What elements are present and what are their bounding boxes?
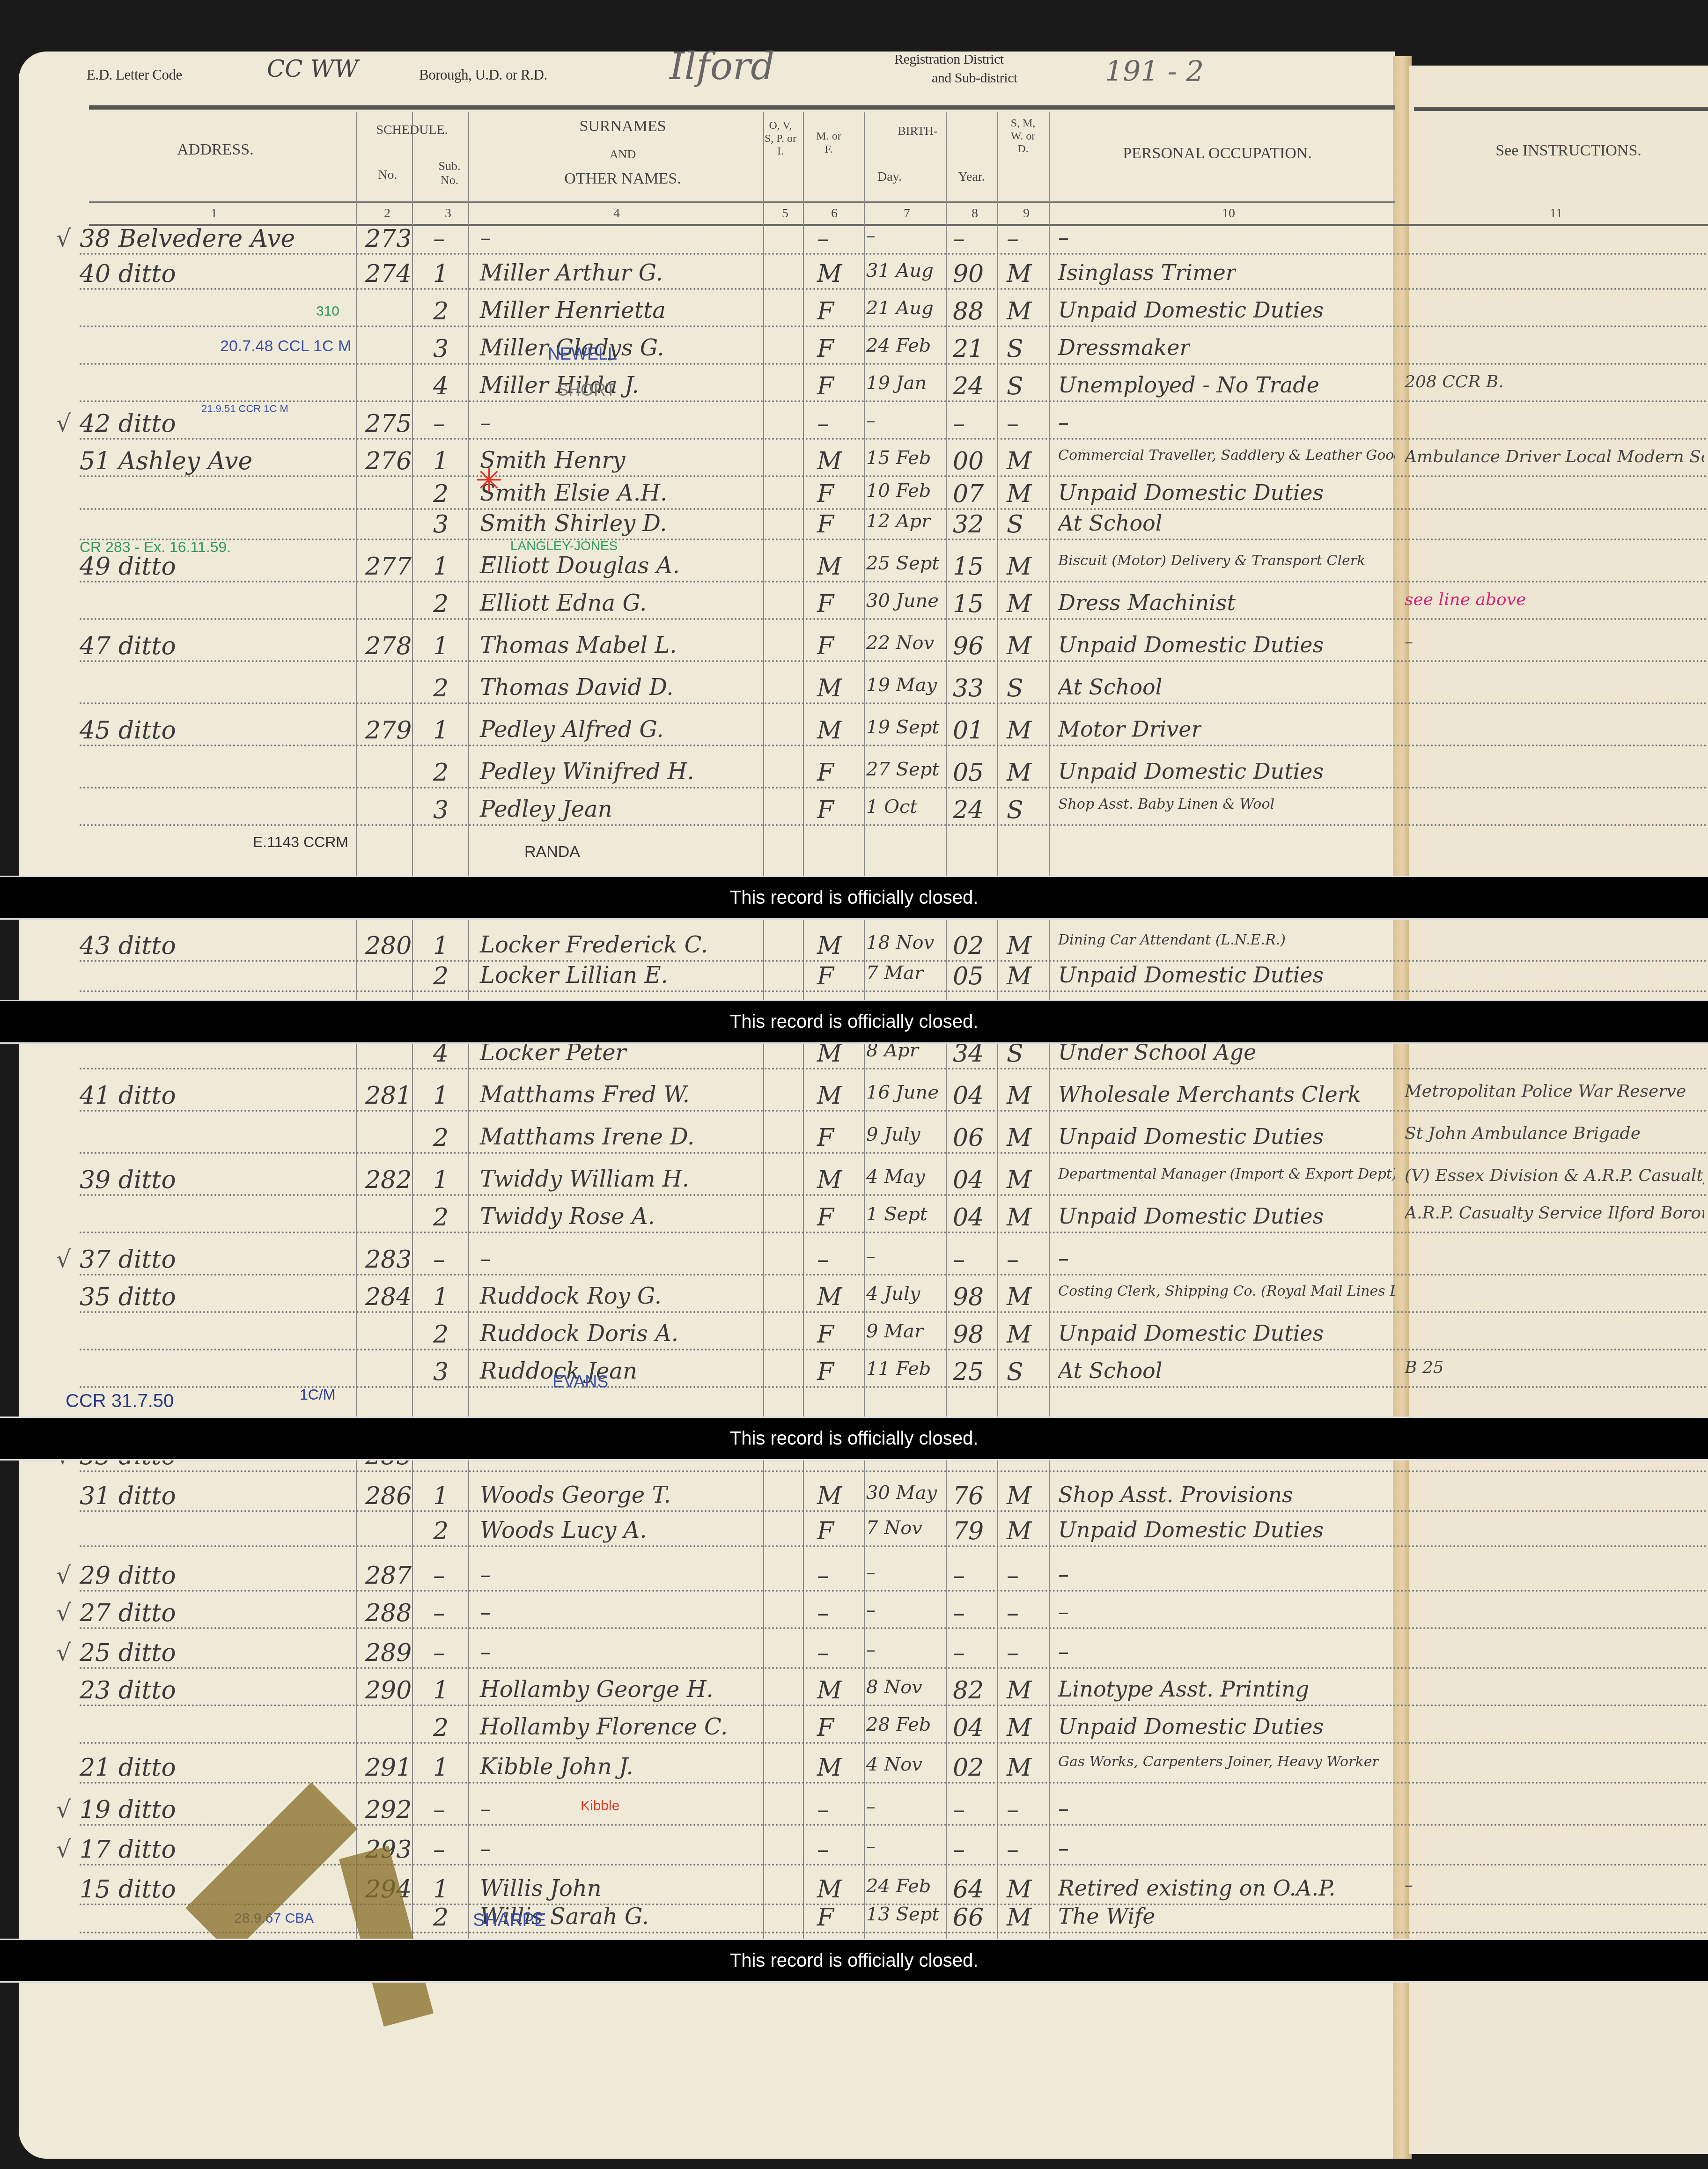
address-cell: 23 ditto xyxy=(80,1676,176,1704)
birth-day-cell: 10 Feb xyxy=(866,480,931,502)
birth-year-cell: 88 xyxy=(953,297,984,325)
marital-status-cell: M xyxy=(1007,297,1031,325)
sex-cell: – xyxy=(817,1796,829,1824)
schedule-no-cell: 276 xyxy=(365,447,412,475)
marital-status-cell: – xyxy=(1007,410,1019,438)
birth-day-cell: 30 June xyxy=(866,590,939,612)
address-cell: 43 ditto xyxy=(80,932,176,960)
marital-status-cell: M xyxy=(1007,632,1031,660)
marital-status-cell: M xyxy=(1007,1283,1031,1311)
red-asterisk-icon: ✳ xyxy=(475,461,503,500)
row-rule xyxy=(80,1068,1708,1070)
schedule-no-cell: 291 xyxy=(365,1754,412,1782)
occupation-cell: Unpaid Domestic Duties xyxy=(1058,632,1324,657)
sex-cell: – xyxy=(817,1599,829,1627)
birth-year-cell: 32 xyxy=(953,510,984,539)
occupation-cell: Departmental Manager (Import & Export De… xyxy=(1058,1166,1395,1182)
birth-day-cell: 13 Sept xyxy=(866,1903,939,1925)
row-rule xyxy=(80,1627,1708,1629)
birth-year-cell: 02 xyxy=(953,932,984,960)
sex-cell: M xyxy=(817,1283,842,1311)
birth-day-cell: 21 Aug xyxy=(866,297,934,319)
name-cell: Smith Shirley D. xyxy=(480,510,667,537)
col-surnames-1: SURNAMES xyxy=(506,117,740,135)
sex-cell: M xyxy=(817,260,842,288)
marital-status-cell: M xyxy=(1007,1676,1031,1704)
row-rule xyxy=(80,1510,1708,1512)
birth-year-cell: 04 xyxy=(953,1166,984,1194)
address-cell: 29 ditto xyxy=(80,1562,176,1590)
row-rule xyxy=(80,1704,1708,1706)
sex-cell: – xyxy=(817,410,829,438)
marital-status-cell: – xyxy=(1007,225,1019,253)
marital-status-cell: M xyxy=(1007,447,1031,475)
name-cell: Twiddy Rose A. xyxy=(480,1203,655,1230)
occupation-cell: – xyxy=(1058,410,1069,435)
row-rule xyxy=(80,1232,1708,1233)
occupation-cell: Dress Machinist xyxy=(1058,590,1236,615)
schedule-sub-cell: 3 xyxy=(433,510,449,539)
address-cell: 17 ditto xyxy=(80,1836,176,1864)
marital-status-cell: S xyxy=(1007,1040,1023,1068)
schedule-sub-cell: – xyxy=(433,1599,445,1627)
col-address: ADDRESS. xyxy=(140,140,290,159)
schedule-sub-cell: 2 xyxy=(433,962,449,990)
address-cell: 41 ditto xyxy=(80,1082,176,1110)
marital-status-cell: M xyxy=(1007,716,1031,745)
schedule-no-cell: 287 xyxy=(365,1562,412,1590)
birth-day-cell: 24 Feb xyxy=(866,1875,931,1897)
address-cell: 42 ditto xyxy=(80,410,176,438)
sex-cell: F xyxy=(817,480,834,508)
marital-status-cell: M xyxy=(1007,1875,1031,1903)
name-cell: Willis John xyxy=(480,1875,602,1902)
occupation-cell: Shop Asst. Baby Linen & Wool xyxy=(1058,796,1274,812)
name-cell: – xyxy=(480,1639,491,1665)
schedule-sub-cell: – xyxy=(433,1796,445,1824)
schedule-sub-cell: 1 xyxy=(433,447,449,475)
column-number: 6 xyxy=(831,206,838,221)
birth-day-cell: 8 Nov xyxy=(866,1676,922,1698)
schedule-sub-cell: 3 xyxy=(433,1358,449,1386)
column-divider xyxy=(468,112,469,1981)
birth-year-cell: 90 xyxy=(953,260,984,288)
marital-status-cell: – xyxy=(1007,1246,1019,1274)
birth-year-cell: 82 xyxy=(953,1676,984,1704)
sex-cell: M xyxy=(817,932,842,960)
name-cell: Woods Lucy A. xyxy=(480,1517,647,1543)
note-randa: RANDA xyxy=(524,843,580,861)
sex-cell: F xyxy=(817,796,834,824)
schedule-no-cell: 283 xyxy=(365,1246,412,1274)
birth-year-cell: 66 xyxy=(953,1903,984,1932)
sex-cell: M xyxy=(817,1676,842,1704)
schedule-sub-cell: 1 xyxy=(433,1166,449,1194)
row-rule xyxy=(80,702,1708,704)
schedule-sub-cell: 4 xyxy=(433,372,449,400)
birth-year-cell: – xyxy=(953,1562,965,1590)
schedule-sub-cell: 1 xyxy=(433,1875,449,1903)
occupation-cell: Unpaid Domestic Duties xyxy=(1058,759,1324,784)
schedule-sub-cell: 1 xyxy=(433,1482,449,1510)
occupation-cell: Costing Clerk, Shipping Co. (Royal Mail … xyxy=(1058,1283,1395,1299)
col-instructions: See INSTRUCTIONS. xyxy=(1442,141,1695,160)
birth-day-cell: 1 Sept xyxy=(866,1203,928,1225)
column-number: 2 xyxy=(384,206,390,221)
occupation-cell: Dressmaker xyxy=(1058,335,1190,360)
marital-status-cell: M xyxy=(1007,590,1031,618)
schedule-no-cell: 274 xyxy=(365,260,412,288)
birth-day-cell: 25 Sept xyxy=(866,553,939,574)
reg-district-label: Registration District xyxy=(894,52,1004,67)
birth-year-cell: 25 xyxy=(953,1358,984,1386)
birth-year-cell: 76 xyxy=(953,1482,984,1510)
birth-day-cell: – xyxy=(866,410,876,431)
occupation-cell: Unpaid Domestic Duties xyxy=(1058,1517,1324,1542)
birth-year-cell: 24 xyxy=(953,372,984,400)
marital-status-cell: M xyxy=(1007,1517,1031,1545)
row-rule xyxy=(80,1274,1708,1276)
occupation-cell: Retired existing on O.A.P. xyxy=(1058,1875,1335,1901)
row-rule xyxy=(80,1667,1708,1669)
birth-year-cell: 07 xyxy=(953,480,984,508)
row-rule xyxy=(80,1110,1708,1112)
name-cell: Ruddock Roy G. xyxy=(480,1283,662,1309)
ed-letter-code-label: E.D. Letter Code xyxy=(87,66,182,83)
schedule-sub-cell: 1 xyxy=(433,632,449,660)
redaction-bar: This record is officially closed. xyxy=(0,1416,1708,1461)
birth-year-cell: 04 xyxy=(953,1203,984,1232)
instructions-cell: 208 CCR B. xyxy=(1405,372,1504,391)
schedule-no-cell: 281 xyxy=(365,1082,412,1110)
birth-year-cell: – xyxy=(953,1836,965,1864)
col-surnames-2: AND xyxy=(506,148,740,162)
occupation-cell: Gas Works, Carpenters Joiner, Heavy Work… xyxy=(1058,1754,1379,1770)
occupation-cell: Unpaid Domestic Duties xyxy=(1058,1714,1324,1739)
row-rule xyxy=(80,660,1708,662)
sex-cell: F xyxy=(817,1517,834,1545)
row-rule xyxy=(80,539,1708,540)
occupation-cell: Wholesale Merchants Clerk xyxy=(1058,1082,1361,1107)
column-number: 11 xyxy=(1550,206,1562,221)
marital-status-cell: S xyxy=(1007,674,1023,702)
redaction-bar: This record is officially closed. xyxy=(0,1939,1708,1983)
occupation-cell: Commercial Traveller, Saddlery & Leather… xyxy=(1058,447,1395,464)
header-bottom-rule xyxy=(89,201,1395,203)
schedule-sub-cell: 1 xyxy=(433,1082,449,1110)
marital-status-cell: – xyxy=(1007,1796,1019,1824)
sex-cell: M xyxy=(817,553,842,581)
row-rule xyxy=(80,400,1708,402)
redaction-text: This record is officially closed. xyxy=(0,887,1708,908)
sex-cell: F xyxy=(817,1321,834,1349)
column-divider xyxy=(412,112,413,1981)
sex-cell: – xyxy=(817,1562,829,1590)
marital-status-cell: S xyxy=(1007,1358,1023,1386)
birth-day-cell: 19 Sept xyxy=(866,716,939,738)
redaction-text: This record is officially closed. xyxy=(0,1428,1708,1449)
address-cell: 51 Ashley Ave xyxy=(80,447,252,475)
redaction-text: This record is officially closed. xyxy=(0,1950,1708,1971)
birth-year-cell: 64 xyxy=(953,1875,984,1903)
occupation-cell: Unpaid Domestic Duties xyxy=(1058,1124,1324,1149)
instructions-cell: (V) Essex Division & A.R.P. Casualty Ser… xyxy=(1405,1166,1704,1185)
name-cell: Kibble John J. xyxy=(480,1754,633,1780)
note-ccr-date: CCR 31.7.50 xyxy=(66,1391,174,1412)
sex-cell: – xyxy=(817,225,829,253)
note-sharpe: SHARPE xyxy=(473,1911,546,1931)
marital-status-cell: M xyxy=(1007,1082,1031,1110)
marital-status-cell: S xyxy=(1007,510,1023,539)
name-cell: – xyxy=(480,1246,491,1272)
occupation-cell: Unemployed - No Trade xyxy=(1058,372,1319,398)
birth-year-cell: 15 xyxy=(953,553,984,581)
occupation-cell: Unpaid Domestic Duties xyxy=(1058,297,1324,323)
birth-day-cell: 22 Nov xyxy=(866,632,934,654)
column-number: 5 xyxy=(782,206,788,221)
schedule-sub-cell: 2 xyxy=(433,1321,449,1349)
schedule-sub-cell: 1 xyxy=(433,553,449,581)
birth-day-cell: 11 Feb xyxy=(866,1358,931,1380)
occupation-cell: Linotype Asst. Printing xyxy=(1058,1676,1309,1702)
column-number: 3 xyxy=(445,206,451,221)
marital-status-cell: S xyxy=(1007,335,1023,363)
occupation-cell: The Wife xyxy=(1058,1903,1156,1929)
column-divider xyxy=(803,112,804,1981)
birth-day-cell: 28 Feb xyxy=(866,1714,931,1735)
column-number: 7 xyxy=(904,206,910,221)
tick-mark-icon: √ xyxy=(56,1246,71,1273)
instructions-cell: – xyxy=(1405,632,1413,651)
row-rule xyxy=(80,1470,1708,1472)
occupation-cell: Unpaid Domestic Duties xyxy=(1058,962,1324,988)
birth-day-cell: 12 Apr xyxy=(866,510,930,532)
birth-year-cell: 04 xyxy=(953,1082,984,1110)
col-ovspi: O, V, S, P. or I. xyxy=(764,119,797,158)
note-newell: NEWELL xyxy=(548,344,617,364)
occupation-cell: Dining Car Attendant (L.N.E.R.) xyxy=(1058,932,1286,948)
birth-year-cell: 33 xyxy=(953,674,984,702)
sex-cell: F xyxy=(817,1714,834,1742)
schedule-sub-cell: – xyxy=(433,1639,445,1667)
sex-cell: F xyxy=(817,962,834,990)
occupation-cell: – xyxy=(1058,225,1069,250)
birth-day-cell: 19 May xyxy=(866,674,937,696)
occupation-cell: – xyxy=(1058,1796,1069,1821)
column-number: 9 xyxy=(1023,206,1030,221)
row-rule xyxy=(80,475,1708,477)
birth-day-cell: – xyxy=(866,1599,876,1621)
col-occupation: PERSONAL OCCUPATION. xyxy=(1077,144,1358,162)
note-short: SHORT xyxy=(557,380,616,400)
sex-cell: M xyxy=(817,674,842,702)
marital-status-cell: – xyxy=(1007,1562,1019,1590)
birth-day-cell: 4 July xyxy=(866,1283,920,1305)
sex-cell: M xyxy=(817,1754,842,1782)
schedule-sub-cell: 2 xyxy=(433,1714,449,1742)
column-number: 10 xyxy=(1222,206,1235,221)
address-cell: 19 ditto xyxy=(80,1796,176,1824)
schedule-sub-cell: – xyxy=(433,1246,445,1274)
row-rule xyxy=(80,1590,1708,1592)
address-cell: 25 ditto xyxy=(80,1639,176,1667)
birth-day-cell: 15 Feb xyxy=(866,447,931,469)
marital-status-cell: M xyxy=(1007,1321,1031,1349)
instructions-cell: Ambulance Driver Local Modern School xyxy=(1405,447,1704,466)
marital-status-cell: M xyxy=(1007,759,1031,787)
sex-cell: F xyxy=(817,632,834,660)
birth-day-cell: 19 Jan xyxy=(866,372,927,394)
row-rule xyxy=(80,1545,1708,1547)
birth-day-cell: 27 Sept xyxy=(866,759,939,780)
address-cell: 45 ditto xyxy=(80,716,176,745)
row-rule xyxy=(80,581,1708,583)
birth-day-cell: 9 Mar xyxy=(866,1321,923,1342)
schedule-sub-cell: 1 xyxy=(433,1283,449,1311)
birth-day-cell: 7 Nov xyxy=(866,1517,922,1539)
name-cell: – xyxy=(480,1836,491,1862)
address-cell: 21 ditto xyxy=(80,1754,176,1782)
name-cell: Thomas David D. xyxy=(480,674,673,701)
address-cell: 49 ditto xyxy=(80,553,176,581)
occupation-cell: – xyxy=(1058,1599,1069,1624)
schedule-sub-cell: – xyxy=(433,1836,445,1864)
tick-mark-icon: √ xyxy=(56,1639,71,1666)
col-schedule-sub: Sub. No. xyxy=(431,159,468,187)
marital-status-cell: M xyxy=(1007,1482,1031,1510)
name-cell: Matthams Irene D. xyxy=(480,1124,694,1150)
row-rule xyxy=(80,1782,1708,1784)
name-cell: – xyxy=(480,410,491,436)
row-rule xyxy=(80,745,1708,746)
marital-status-cell: M xyxy=(1007,1714,1031,1742)
birth-day-cell: 18 Nov xyxy=(866,932,934,953)
row-rule xyxy=(80,1311,1708,1313)
col-surnames-3: OTHER NAMES. xyxy=(506,170,740,188)
header-rule xyxy=(89,105,1395,110)
schedule-sub-cell: 2 xyxy=(433,1517,449,1545)
occupation-cell: At School xyxy=(1058,1358,1163,1383)
sex-cell: M xyxy=(817,1482,842,1510)
reg-district-value: 191 - 2 xyxy=(1105,55,1204,88)
schedule-sub-cell: 2 xyxy=(433,297,449,325)
col-birth-year: Year. xyxy=(948,170,995,184)
row-rule xyxy=(80,1742,1708,1744)
borough-value: Ilford xyxy=(670,44,774,88)
schedule-no-cell: 284 xyxy=(365,1283,412,1311)
sex-cell: – xyxy=(817,1836,829,1864)
sex-cell: – xyxy=(817,1246,829,1274)
birth-day-cell: – xyxy=(866,1562,876,1583)
col-number-rule xyxy=(89,224,1708,226)
birth-year-cell: 34 xyxy=(953,1040,984,1068)
address-cell: 38 Belvedere Ave xyxy=(80,225,295,253)
marital-status-cell: M xyxy=(1007,1166,1031,1194)
column-divider xyxy=(1049,112,1050,1981)
marital-status-cell: M xyxy=(1007,1903,1031,1932)
occupation-cell: Isinglass Trimer xyxy=(1058,260,1236,285)
name-cell: Miller Henrietta xyxy=(480,297,666,324)
instructions-cell: A.R.P. Casualty Service Ilford Borough C… xyxy=(1405,1203,1704,1223)
column-divider xyxy=(864,112,865,1981)
schedule-no-cell: 289 xyxy=(365,1639,412,1667)
schedule-sub-cell: 2 xyxy=(433,590,449,618)
marital-status-cell: – xyxy=(1007,1836,1019,1864)
row-rule xyxy=(80,960,1708,962)
column-divider xyxy=(997,112,998,1981)
birth-day-cell: – xyxy=(866,1639,876,1660)
sex-cell: – xyxy=(817,1639,829,1667)
marital-status-cell: S xyxy=(1007,796,1023,824)
note-1c-m: 1C/M xyxy=(300,1386,335,1403)
name-cell: Locker Frederick C. xyxy=(480,932,708,958)
schedule-sub-cell: 4 xyxy=(433,1040,449,1068)
column-number: 8 xyxy=(972,206,978,221)
schedule-no-cell: 278 xyxy=(365,632,412,660)
schedule-sub-cell: 2 xyxy=(433,759,449,787)
marital-status-cell: M xyxy=(1007,962,1031,990)
row-rule xyxy=(80,325,1708,327)
birth-day-cell: 4 May xyxy=(866,1166,925,1188)
birth-day-cell: – xyxy=(866,1796,876,1817)
birth-day-cell: 16 June xyxy=(866,1082,939,1103)
schedule-sub-cell: 2 xyxy=(433,1903,449,1932)
note-langley-jones: LANGLEY-JONES xyxy=(510,539,618,553)
name-cell: – xyxy=(480,1796,491,1822)
ed-letter-code-value: CC WW xyxy=(267,55,358,82)
name-cell: Smith Elsie A.H. xyxy=(480,480,667,506)
instructions-cell: Metropolitan Police War Reserve xyxy=(1405,1082,1686,1101)
name-cell: Locker Lillian E. xyxy=(480,962,668,989)
sex-cell: M xyxy=(817,1082,842,1110)
row-rule xyxy=(80,787,1708,789)
birth-year-cell: – xyxy=(953,1599,965,1627)
tick-mark-icon: √ xyxy=(56,1796,71,1823)
birth-day-cell: 30 May xyxy=(866,1482,937,1504)
schedule-sub-cell: 1 xyxy=(433,1754,449,1782)
birth-year-cell: 96 xyxy=(953,632,984,660)
name-cell: Pedley Winifred H. xyxy=(480,759,694,785)
schedule-no-cell: 288 xyxy=(365,1599,412,1627)
tick-mark-icon: √ xyxy=(56,1562,71,1589)
schedule-sub-cell: 1 xyxy=(433,260,449,288)
schedule-sub-cell: 2 xyxy=(433,1203,449,1232)
name-cell: Miller Arthur G. xyxy=(480,260,663,286)
note-evans: EVANS xyxy=(552,1372,608,1392)
occupation-cell: Motor Driver xyxy=(1058,716,1201,742)
schedule-no-cell: 277 xyxy=(365,553,412,581)
column-divider xyxy=(763,112,764,1981)
schedule-no-cell: 279 xyxy=(365,716,412,745)
tick-mark-icon: √ xyxy=(56,1599,71,1626)
note-kibble-red: Kibble xyxy=(581,1798,619,1814)
name-cell: Elliott Edna G. xyxy=(480,590,647,616)
schedule-no-cell: 286 xyxy=(365,1482,412,1510)
redaction-bar: This record is officially closed. xyxy=(0,1000,1708,1044)
name-cell: Pedley Jean xyxy=(480,796,612,822)
birth-year-cell: 01 xyxy=(953,716,984,745)
birth-day-cell: 24 Feb xyxy=(866,335,931,356)
birth-day-cell: 7 Mar xyxy=(866,962,923,984)
address-cell: 47 ditto xyxy=(80,632,176,660)
marital-status-cell: – xyxy=(1007,1639,1019,1667)
sex-cell: M xyxy=(817,716,842,745)
name-cell: – xyxy=(480,1562,491,1588)
schedule-sub-cell: – xyxy=(433,410,445,438)
birth-year-cell: 98 xyxy=(953,1321,984,1349)
sex-cell: M xyxy=(817,1875,842,1903)
birth-year-cell: – xyxy=(953,1639,965,1667)
